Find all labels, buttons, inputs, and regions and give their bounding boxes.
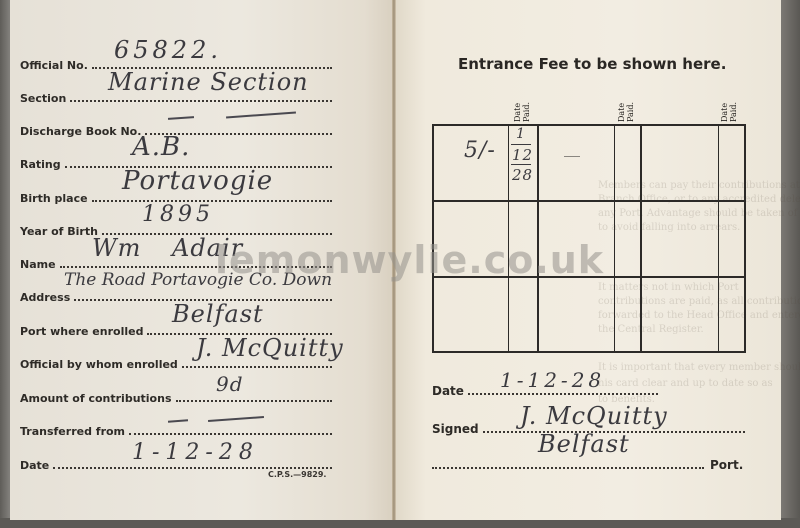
signed-value: J. McQuitty — [520, 402, 668, 430]
field-label: Transferred from — [20, 425, 125, 438]
field-label: Port where enrolled — [20, 325, 143, 338]
entrance-fee-title: Entrance Fee to be shown here. — [458, 55, 726, 73]
bleed-through-text: It is important that every member should… — [598, 362, 800, 373]
contributions-value: 9d — [216, 372, 244, 396]
section-value: Marine Section — [108, 68, 309, 96]
birth-place-value: Portavogie — [122, 166, 273, 196]
entrance-fee-amount: 5/- — [464, 138, 496, 163]
date-value: 1-12-28 — [132, 440, 259, 465]
field-label: Year of Birth — [20, 225, 98, 238]
field-label: Section — [20, 92, 66, 105]
field-label: Discharge Book No. — [20, 125, 141, 138]
field-label: Date — [432, 384, 464, 398]
port-enrolled-value: Belfast — [172, 300, 264, 328]
printer-code: C.P.S.—9829. — [268, 470, 326, 479]
official-no-value: 65822. — [114, 36, 222, 64]
field-label: Name — [20, 258, 56, 271]
field-label: Official by whom enrolled — [20, 358, 178, 371]
field-label: Port. — [710, 458, 743, 472]
date-paid-header-3: Date Paid. — [720, 90, 738, 122]
field-label: Address — [20, 291, 70, 304]
table-col-divider — [718, 126, 719, 351]
field-label: Rating — [20, 158, 61, 171]
date-paid-day: 1 — [516, 126, 526, 142]
field-amount-of-contributions: Amount of contributions — [20, 385, 332, 405]
empty-cell-dash — [564, 156, 580, 157]
field-label: Amount of contributions — [20, 392, 172, 405]
port-value: Belfast — [538, 430, 630, 458]
watermark: lemonwylie.co.uk — [215, 238, 604, 282]
field-label: Birth place — [20, 192, 88, 205]
table-row-divider — [434, 200, 744, 202]
year-of-birth-value: 1895 — [142, 202, 214, 227]
date-paid-year: 28 — [512, 166, 533, 184]
book-cover-right-edge — [780, 0, 800, 528]
date-divider — [511, 144, 531, 145]
date-divider — [511, 164, 531, 165]
table-col-divider — [640, 126, 642, 351]
field-label: Official No. — [20, 59, 88, 72]
date-paid-header-2: Date Paid. — [617, 90, 635, 122]
right-date-value: 1-12-28 — [500, 368, 605, 392]
table-col-divider — [614, 126, 615, 351]
date-paid-month: 12 — [512, 146, 533, 164]
rating-value: A.B. — [132, 132, 190, 162]
date-paid-header-1: Date Paid. — [513, 90, 531, 122]
field-label: Signed — [432, 422, 479, 436]
field-label: Date — [20, 459, 49, 472]
official-enrolled-value: J. McQuitty — [196, 334, 344, 362]
